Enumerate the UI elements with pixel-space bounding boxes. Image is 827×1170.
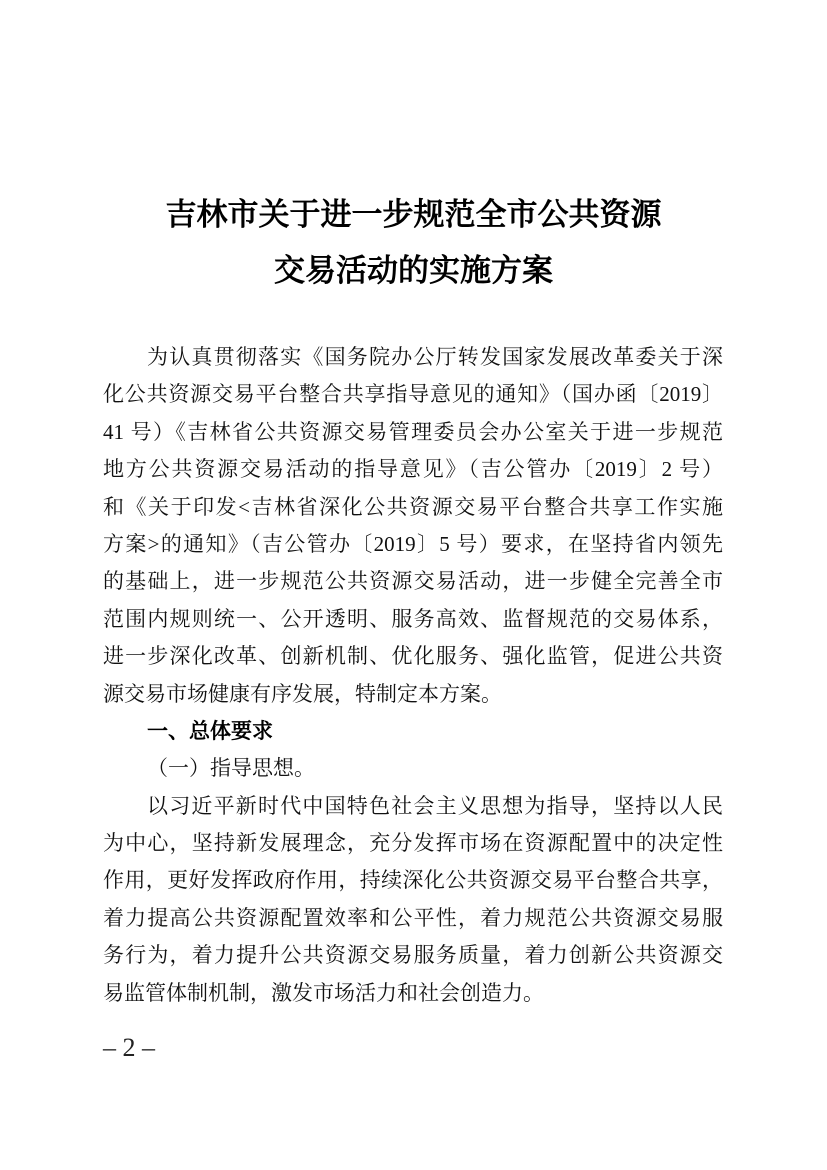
document-title: 吉林市关于进一步规范全市公共资源交易活动的实施方案 (0, 187, 827, 299)
paragraph-guiding-ideology: 以习近平新时代中国特色社会主义思想为指导，坚持以人民为中心，坚持新发展理念，充分… (103, 788, 723, 1012)
text-line: 作用，更好发挥政府作用，持续深化公共资源交易平台整合共享， (103, 862, 723, 899)
text-line: 进一步深化改革、创新机制、优化服务、强化监管，促进公共资 (103, 638, 723, 675)
text-line: 着力提高公共资源配置效率和公平性，着力规范公共资源交易服 (103, 900, 723, 937)
text-line: 吉林市关于进一步规范全市公共资源 (0, 187, 827, 243)
subsection-heading: （一）指导思想。 (103, 750, 723, 787)
text-line: 以习近平新时代中国特色社会主义思想为指导，坚持以人民 (103, 788, 723, 825)
text-line: 的基础上，进一步规范公共资源交易活动，进一步健全完善全市 (103, 563, 723, 600)
text-line: 为中心，坚持新发展理念，充分发挥市场在资源配置中的决定性 (103, 825, 723, 862)
text-line: 为认真贯彻落实《国务院办公厅转发国家发展改革委关于深 (103, 339, 723, 376)
document-page: 吉林市关于进一步规范全市公共资源交易活动的实施方案 为认真贯彻落实《国务院办公厅… (0, 0, 827, 1170)
text-line: 源交易市场健康有序发展，特制定本方案。 (103, 676, 723, 713)
section-heading: 一、总体要求 (103, 713, 723, 750)
text-line: 务行为，着力提升公共资源交易服务质量，着力创新公共资源交 (103, 937, 723, 974)
text-line: 交易活动的实施方案 (0, 243, 827, 299)
text-line: 化公共资源交易平台整合共享指导意见的通知》（国办函〔2019〕 (103, 376, 723, 413)
text-line: 方案>的通知》（吉公管办〔2019〕5 号）要求，在坚持省内领先 (103, 526, 723, 563)
text-line: 41 号）《吉林省公共资源交易管理委员会办公室关于进一步规范 (103, 414, 723, 451)
text-line: 范围内规则统一、公开透明、服务高效、监督规范的交易体系， (103, 601, 723, 638)
text-line: 易监管体制机制，激发市场活力和社会创造力。 (103, 975, 723, 1012)
text-line: 和《关于印发<吉林省深化公共资源交易平台整合共享工作实施 (103, 489, 723, 526)
document-body: 为认真贯彻落实《国务院办公厅转发国家发展改革委关于深化公共资源交易平台整合共享指… (103, 339, 723, 1012)
paragraph-preamble: 为认真贯彻落实《国务院办公厅转发国家发展改革委关于深化公共资源交易平台整合共享指… (103, 339, 723, 713)
text-line: 地方公共资源交易活动的指导意见》（吉公管办〔2019〕2 号） (103, 451, 723, 488)
page-number: – 2 – (103, 1033, 155, 1063)
